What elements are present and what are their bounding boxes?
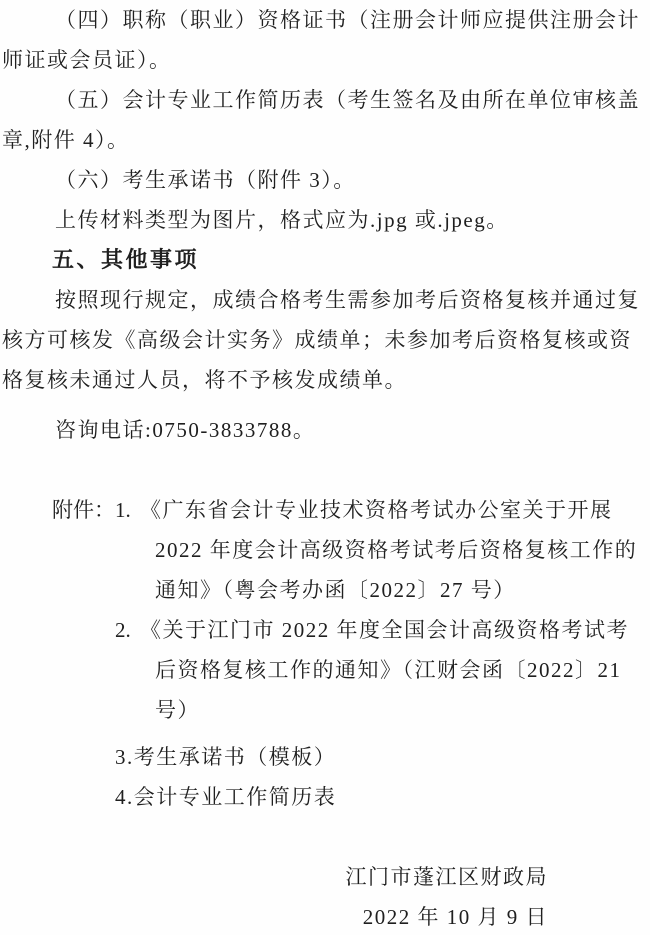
other-matters-line-3: 格复核未通过人员，将不予核发成绩单。	[0, 360, 650, 400]
attachment-2-title-start: 《关于江门市 2022 年度全国会计高级资格考试考	[140, 618, 629, 642]
attachment-1-line-1: 《广东省会计专业技术资格考试办公室关于开展	[140, 498, 613, 522]
attachment-3: 3.考生承诺书（模板）	[0, 737, 650, 777]
blank-line	[0, 450, 650, 490]
attachment-2-line-3: 号）	[0, 690, 650, 730]
other-matters-line-2: 核方可核发《高级会计实务》成绩单；未参加考后资格复核或资	[0, 320, 650, 360]
upload-item-6: （六）考生承诺书（附件 3）。	[0, 160, 650, 200]
document-page: （四）职称（职业）资格证书（注册会计师应提供注册会计 师证或会员证）。 （五）会…	[0, 0, 650, 935]
attachment-4: 4.会计专业工作简历表	[0, 777, 650, 817]
section-heading-other-matters: 五、其他事项	[0, 240, 650, 280]
blank-line	[0, 817, 650, 857]
upload-item-5-line-1: （五）会计专业工作简历表（考生签名及由所在单位审核盖	[0, 80, 650, 120]
contact-phone-line: 咨询电话:0750-3833788。	[0, 410, 650, 450]
upload-item-4-line-2: 师证或会员证）。	[0, 40, 650, 80]
attachments-row-1: 附件：1.《广东省会计专业技术资格考试办公室关于开展	[0, 490, 650, 530]
upload-item-5-line-2: 章,附件 4）。	[0, 120, 650, 160]
issuer-signature: 江门市蓬江区财政局	[0, 857, 650, 897]
attachment-2-line-1: 2.《关于江门市 2022 年度全国会计高级资格考试考	[0, 610, 650, 650]
spacer	[0, 730, 650, 737]
spacer	[0, 400, 650, 410]
upload-item-4-line-1: （四）职称（职业）资格证书（注册会计师应提供注册会计	[0, 0, 650, 40]
issue-date: 2022 年 10 月 9 日	[0, 897, 650, 935]
attachment-1-line-3: 通知》（粤会考办函〔2022〕27 号）	[0, 570, 650, 610]
other-matters-line-1: 按照现行规定，成绩合格考生需参加考后资格复核并通过复	[0, 280, 650, 320]
attachment-2-line-2: 后资格复核工作的通知》（江财会函〔2022〕21	[0, 650, 650, 690]
upload-format-note: 上传材料类型为图片，格式应为.jpg 或.jpeg。	[0, 200, 650, 240]
attachment-2-number: 2.	[115, 610, 140, 650]
attachment-1-line-2: 2022 年度会计高级资格考试考后资格复核工作的	[0, 530, 650, 570]
attachment-1-number: 1.	[115, 490, 140, 530]
attachments-label: 附件：	[52, 490, 115, 530]
